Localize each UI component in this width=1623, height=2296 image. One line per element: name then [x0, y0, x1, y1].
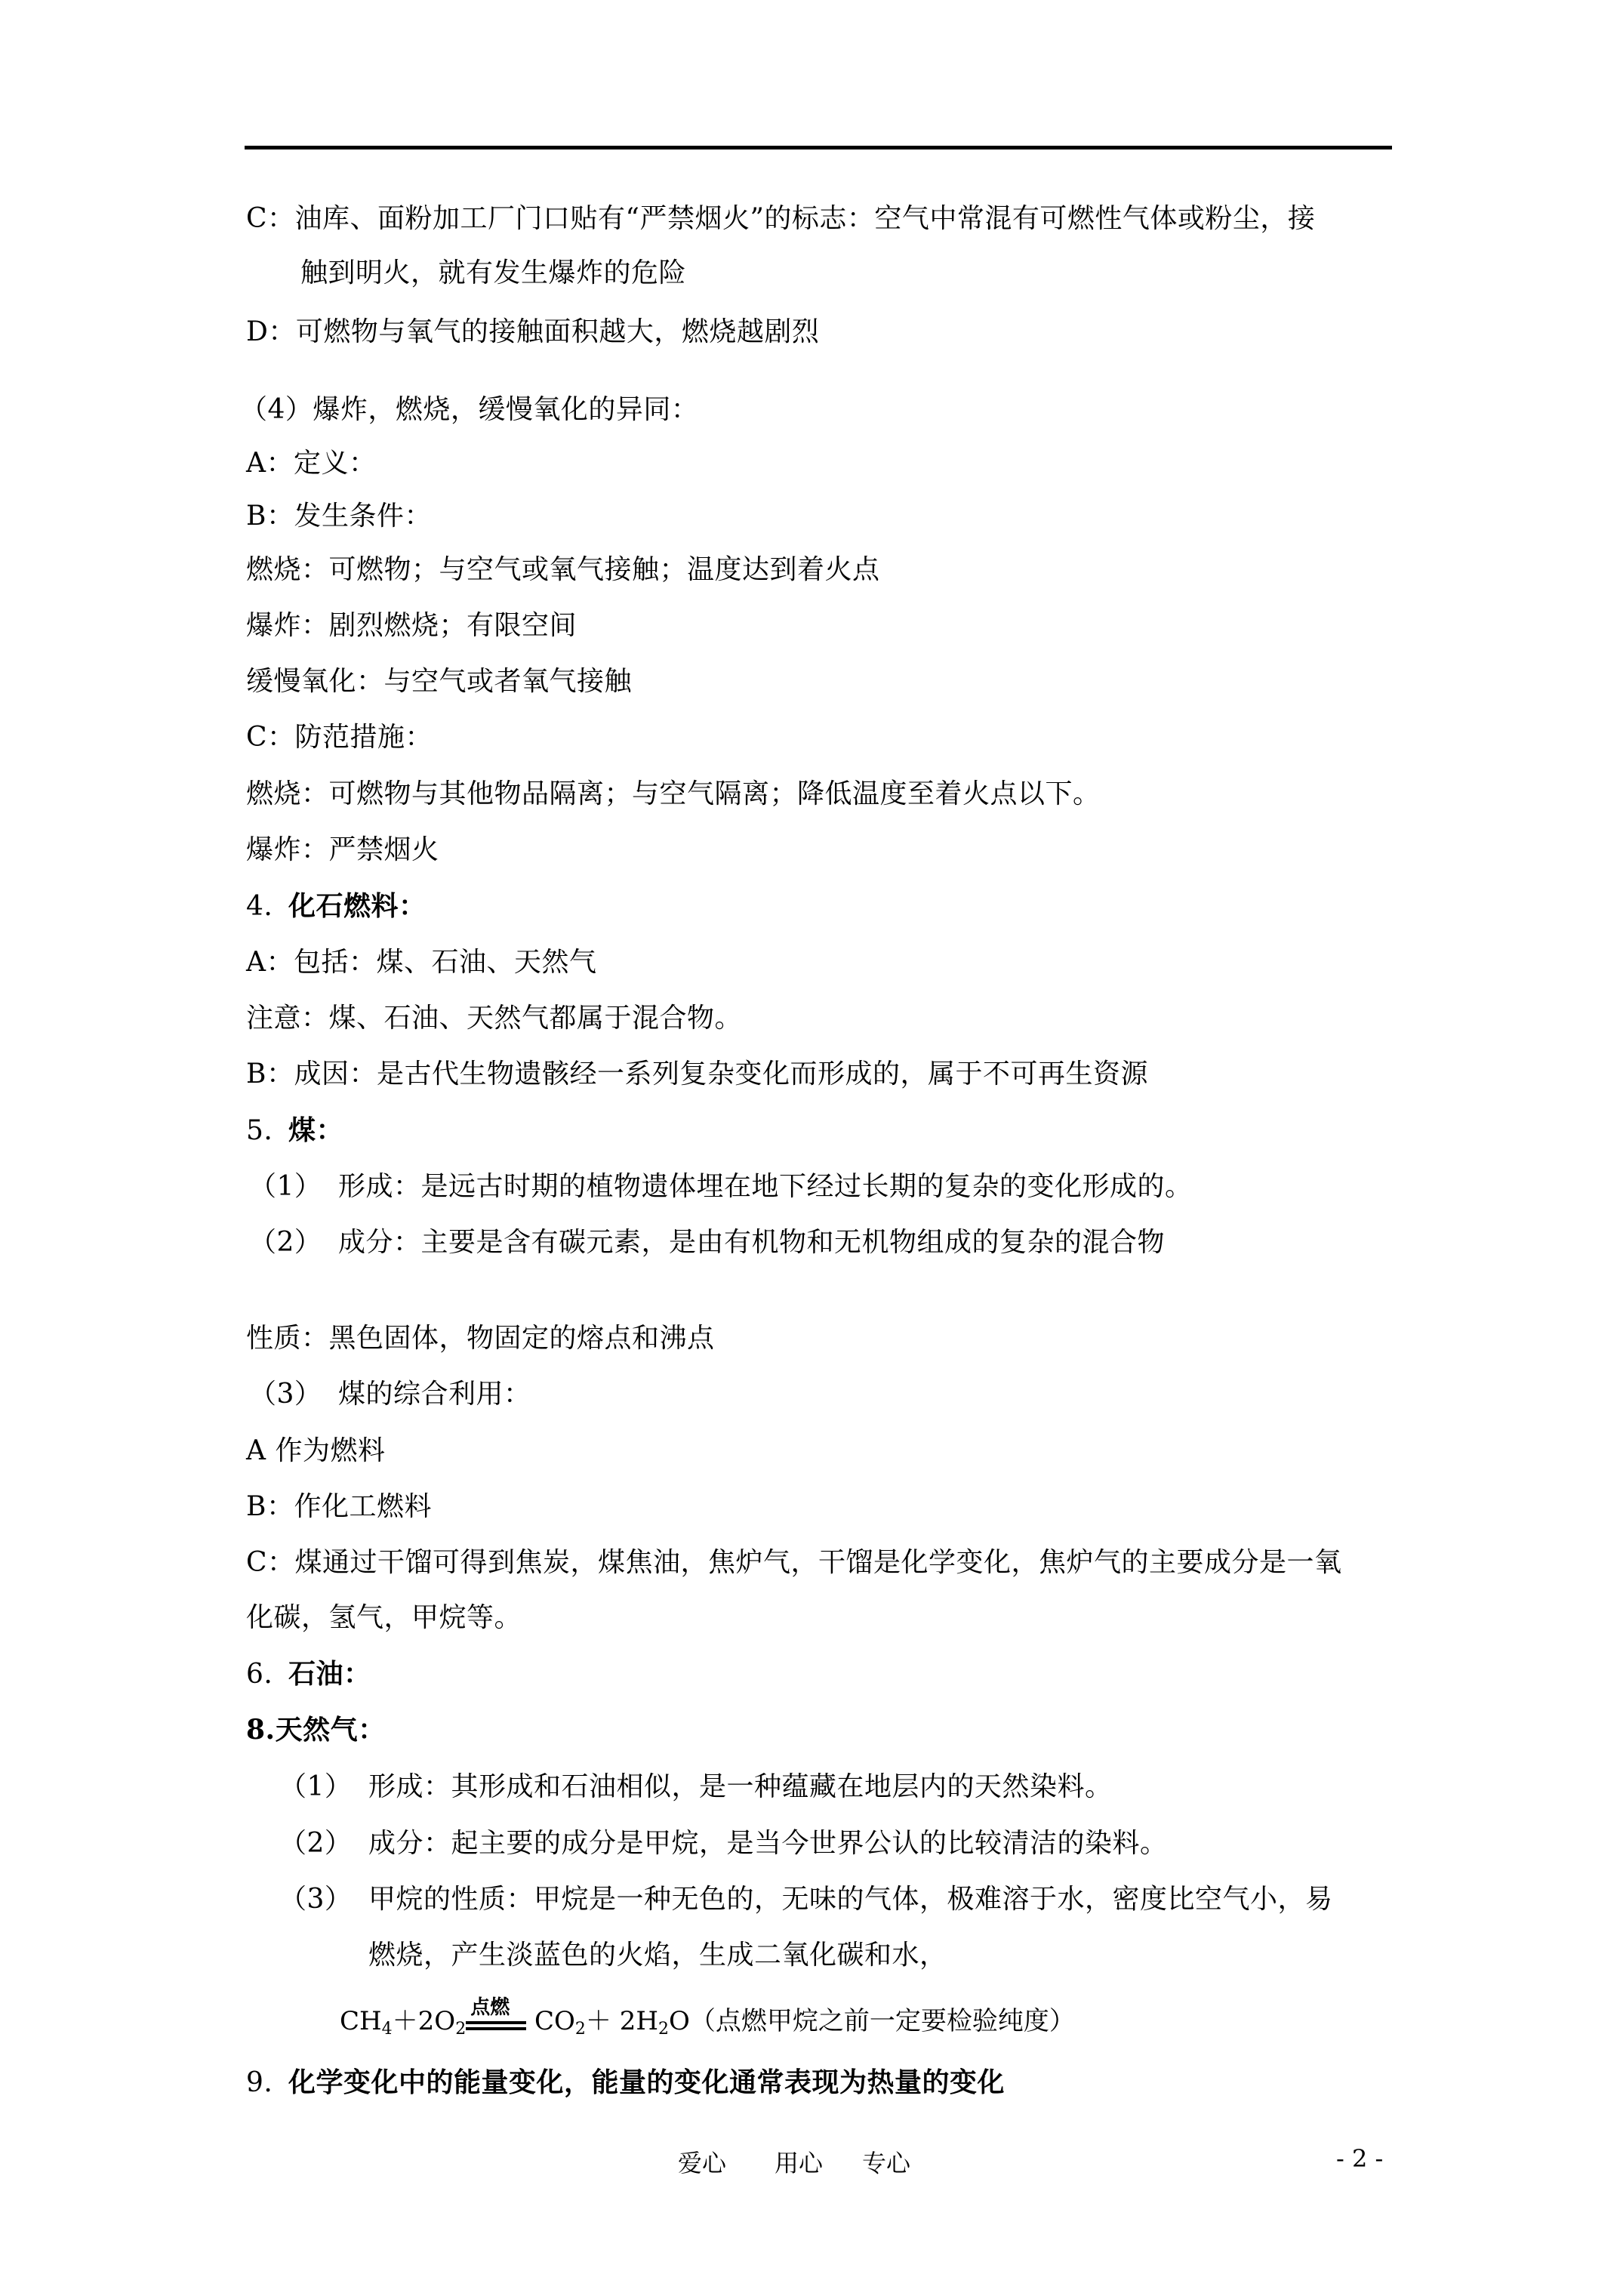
formula-sub: 2: [455, 2020, 466, 2039]
reaction-arrow: 点燃: [466, 2005, 526, 2038]
heading-natural-gas: 8.天然气：: [246, 1713, 386, 1746]
formula-o: O: [669, 2006, 690, 2036]
item-text: 形成：是远古时期的植物遗体埋在地下经过长期的复杂的变化形成的。: [338, 1171, 1193, 1202]
formula-note: （点燃甲烷之前一定要检验纯度）: [690, 2006, 1075, 2036]
line-methane-properties: （3）甲烷的性质：甲烷是一种无色的，无味的气体，极难溶于水，密度比空气小，易: [279, 1883, 1333, 1916]
line-coal-dry-distillation: C：煤通过干馏可得到焦炭，煤焦油，焦炉气，干馏是化学变化，焦炉气的主要成分是一氧: [246, 1546, 1342, 1579]
item-text: 煤的综合利用：: [338, 1379, 531, 1410]
line-d-contact-area: D：可燃物与氧气的接触面积越大，燃烧越剧烈: [246, 316, 819, 349]
item-number: （2）: [249, 1226, 338, 1259]
item-number: （1）: [279, 1771, 368, 1804]
formula-ch4: CH: [340, 2006, 382, 2036]
methane-combustion-equation: CH4＋2O2点燃 CO2＋ 2H2O（点燃甲烷之前一定要检验纯度）: [340, 2005, 1075, 2046]
line-fossil-note: 注意：煤、石油、天然气都属于混合物。: [246, 1002, 742, 1035]
formula-plus-o2: ＋2O: [393, 2006, 456, 2036]
heading-number: 6.: [246, 1658, 288, 1691]
page-number: - 2 -: [1336, 2144, 1383, 2173]
line-coal-composition: （2）成分：主要是含有碳元素，是由有机物和无机物组成的复杂的混合物: [249, 1226, 1165, 1259]
heading-text: 石油：: [288, 1658, 371, 1690]
line-coal-chemical-fuel: B：作化工燃料: [246, 1490, 432, 1524]
item-number: （2）: [279, 1827, 368, 1860]
heading-text: 化石燃料：: [288, 890, 427, 922]
heading-text: 化学变化中的能量变化，能量的变化通常表现为热量的变化: [288, 2066, 1005, 2098]
item-number: （3）: [249, 1378, 338, 1411]
footer-slogan-love: 爱心: [678, 2144, 726, 2179]
line-coal-formation: （1）形成：是远古时期的植物遗体埋在地下经过长期的复杂的变化形成的。: [249, 1170, 1193, 1203]
line-combustion-conditions: 燃烧：可燃物；与空气或氧气接触；温度达到着火点: [246, 553, 880, 587]
formula-sub: 2: [575, 2020, 586, 2039]
line-coal-properties: 性质：黑色固体，物固定的熔点和沸点: [246, 1322, 715, 1355]
heading-coal: 5.煤：: [246, 1114, 343, 1148]
line-slow-oxidation: 缓慢氧化：与空气或者氧气接触: [246, 665, 632, 698]
formula-sub: 4: [382, 2020, 393, 2039]
equals-bar-icon: [466, 2021, 526, 2024]
formula-sub: 2: [658, 2020, 669, 2039]
heading-text: 煤：: [288, 1114, 343, 1146]
line-methane-properties-cont: 燃烧，产生淡蓝色的火焰，生成二氧化碳和水，: [368, 1939, 947, 1972]
line-coal-dry-distillation-cont: 化碳，氢气，甲烷等。: [246, 1601, 522, 1635]
item-text: 成分：起主要的成分是甲烷，是当今世界公认的比较清洁的染料。: [368, 1828, 1168, 1859]
formula-plus-h2o: ＋ 2H: [586, 2006, 658, 2036]
line-combustion-prevention: 燃烧：可燃物与其他物品隔离；与空气隔离；降低温度至着火点以下。: [246, 778, 1101, 811]
heading-number: 5.: [246, 1114, 288, 1148]
line-c-fire-sign-cont: 触到明火，就有发生爆炸的危险: [300, 257, 686, 290]
reaction-condition: 点燃: [470, 1991, 510, 2024]
heading-energy-change: 9.化学变化中的能量变化，能量的变化通常表现为热量的变化: [246, 2066, 1005, 2100]
equals-bar-icon: [466, 2027, 526, 2030]
line-c-prevention: C：防范措施：: [246, 721, 433, 754]
line-coal-utilization: （3）煤的综合利用：: [249, 1378, 531, 1411]
heading-number: 9.: [246, 2066, 288, 2100]
item-text: 形成：其形成和石油相似，是一种蕴藏在地层内的天然染料。: [368, 1771, 1113, 1802]
item-number: （3）: [279, 1883, 368, 1916]
line-explosion-conditions: 爆炸：剧烈燃烧；有限空间: [246, 609, 577, 643]
heading-petroleum: 6.石油：: [246, 1657, 371, 1691]
line-gas-composition: （2）成分：起主要的成分是甲烷，是当今世界公认的比较清洁的染料。: [279, 1827, 1168, 1860]
line-fossil-includes: A：包括：煤、石油、天然气: [246, 946, 597, 979]
heading-number: 4.: [246, 890, 288, 923]
formula-co2: CO: [534, 2006, 575, 2036]
item-number: （1）: [249, 1170, 338, 1203]
header-rule: [245, 146, 1392, 149]
line-a-definition: A：定义：: [246, 447, 377, 480]
heading-fossil-fuels: 4.化石燃料：: [246, 889, 427, 923]
footer-slogan-use: 用心: [775, 2144, 823, 2179]
item-text: 甲烷的性质：甲烷是一种无色的，无味的气体，极难溶于水，密度比空气小，易: [368, 1884, 1333, 1915]
line-gas-formation: （1）形成：其形成和石油相似，是一种蕴藏在地层内的天然染料。: [279, 1771, 1113, 1804]
footer-slogan-focus: 专心: [862, 2144, 910, 2179]
line-fossil-cause: B：成因：是古代生物遗骸经一系列复杂变化而形成的，属于不可再生资源: [246, 1058, 1148, 1091]
line-explosion-prevention: 爆炸：严禁烟火: [246, 834, 439, 867]
line-c-fire-sign: C：油库、面粉加工厂门口贴有“严禁烟火”的标志：空气中常混有可燃性气体或粉尘，接: [246, 202, 1315, 236]
line-coal-as-fuel: A 作为燃料: [246, 1435, 385, 1468]
item-text: 成分：主要是含有碳元素，是由有机物和无机物组成的复杂的混合物: [338, 1227, 1165, 1258]
line-b-conditions: B：发生条件：: [246, 500, 432, 533]
section-4-heading: （4）爆炸，燃烧，缓慢氧化的异同：: [240, 393, 698, 427]
